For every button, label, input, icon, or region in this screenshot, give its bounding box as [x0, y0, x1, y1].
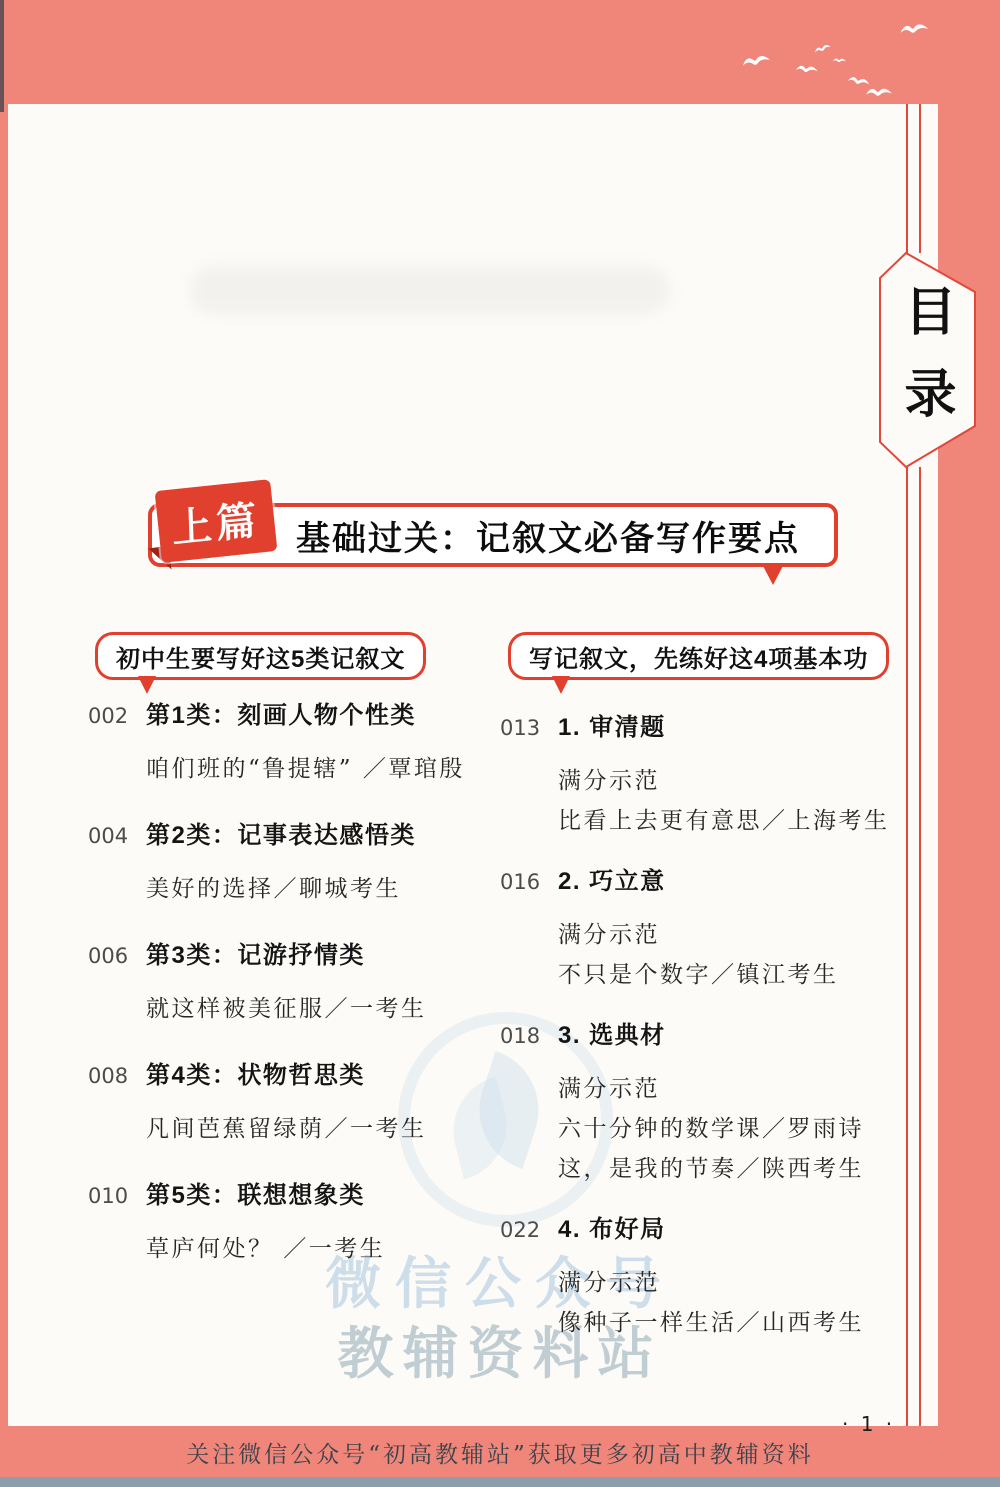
- entry-subtitle: 这，是我的节奏／陕西考生: [558, 1154, 930, 1184]
- left-header-tail: [138, 676, 156, 694]
- entry-subtitle: 比看上去更有意思／上海考生: [558, 806, 930, 836]
- right-rule-line: [906, 104, 908, 253]
- entry-page-number: 006: [88, 944, 146, 968]
- entry-subtitle: 凡间芭蕉留绿荫／一考生: [146, 1114, 468, 1144]
- part-badge: 上篇: [155, 479, 278, 563]
- toc-vertical-title: 目录: [897, 284, 953, 448]
- scan-bottom-strip: [0, 1477, 1000, 1487]
- bird-icon: [795, 61, 818, 76]
- entry-subtitle: 六十分钟的数学课／罗雨诗: [558, 1114, 930, 1144]
- bird-icon: [866, 84, 892, 99]
- footer-note: 关注微信公众号“初高教辅站”获取更多初高中教辅资料: [0, 1436, 1000, 1469]
- entry-subtitle: 满分示范: [558, 1074, 930, 1104]
- toc-left-column: 002 第1类：刻画人物个性类 咱们班的“鲁提辖” ／覃琯殷 004 第2类：记…: [88, 702, 468, 1302]
- left-column-header: 初中生要写好这5类记叙文: [95, 632, 426, 680]
- book-page: 目录 基础过关：记叙文必备写作要点 上篇 初中生要写好这5类记叙文 写记叙文，先…: [0, 0, 1000, 1487]
- toc-entry: 022 4. 布好局 满分示范 像种子一样生活／山西考生: [500, 1216, 930, 1338]
- entry-page-number: 004: [88, 824, 146, 848]
- entry-title: 第1类：刻画人物个性类: [146, 702, 416, 730]
- part-badge-label: 上篇: [171, 488, 261, 554]
- entry-subtitle: 草庐何处？ ／一考生: [146, 1234, 468, 1264]
- entry-title: 2. 巧立意: [558, 868, 666, 896]
- entry-page-number: 022: [500, 1218, 558, 1242]
- entry-title: 1. 审清题: [558, 714, 666, 742]
- entry-page-number: 010: [88, 1184, 146, 1208]
- entry-subtitle: 像种子一样生活／山西考生: [558, 1308, 930, 1338]
- entry-subtitle: 满分示范: [558, 920, 930, 950]
- toc-entry: 002 第1类：刻画人物个性类 咱们班的“鲁提辖” ／覃琯殷: [88, 702, 468, 784]
- right-column-header: 写记叙文，先练好这4项基本功: [508, 632, 889, 680]
- bird-icon: [833, 56, 847, 65]
- toc-entry: 016 2. 巧立意 满分示范 不只是个数字／镇江考生: [500, 868, 930, 990]
- entry-subtitle: 咱们班的“鲁提辖” ／覃琯殷: [146, 754, 468, 784]
- entry-title: 3. 选典材: [558, 1022, 666, 1050]
- entry-title: 第2类：记事表达感悟类: [146, 822, 416, 850]
- banner-tail: [762, 564, 784, 585]
- toc-entry: 006 第3类：记游抒情类 就这样被美征服／一考生: [88, 942, 468, 1024]
- entry-subtitle: 不只是个数字／镇江考生: [558, 960, 930, 990]
- toc-entry: 018 3. 选典材 满分示范 六十分钟的数学课／罗雨诗 这，是我的节奏／陕西考…: [500, 1022, 930, 1184]
- toc-entry: 013 1. 审清题 满分示范 比看上去更有意思／上海考生: [500, 714, 930, 836]
- entry-page-number: 013: [500, 716, 558, 740]
- entry-page-number: 002: [88, 704, 146, 728]
- entry-subtitle: 就这样被美征服／一考生: [146, 994, 468, 1024]
- entry-subtitle: 满分示范: [558, 766, 930, 796]
- right-rule-line: [919, 104, 921, 253]
- toc-right-column: 013 1. 审清题 满分示范 比看上去更有意思／上海考生 016 2. 巧立意…: [500, 714, 930, 1370]
- bird-icon: [741, 50, 771, 71]
- bird-icon: [813, 41, 832, 56]
- entry-page-number: 016: [500, 870, 558, 894]
- toc-entry: 010 第5类：联想想象类 草庐何处？ ／一考生: [88, 1182, 468, 1264]
- page-bleed-smudge: [190, 266, 670, 314]
- entry-subtitle: 满分示范: [558, 1268, 930, 1298]
- part-title: 基础过关：记叙文必备写作要点: [296, 511, 800, 560]
- entry-page-number: 008: [88, 1064, 146, 1088]
- scan-edge-artifact: [0, 0, 4, 112]
- entry-title: 4. 布好局: [558, 1216, 666, 1244]
- page-number: · 1 ·: [842, 1412, 895, 1436]
- entry-title: 第5类：联想想象类: [146, 1182, 365, 1210]
- toc-entry: 004 第2类：记事表达感悟类 美好的选择／聊城考生: [88, 822, 468, 904]
- toc-entry: 008 第4类：状物哲思类 凡间芭蕉留绿荫／一考生: [88, 1062, 468, 1144]
- entry-subtitle: 美好的选择／聊城考生: [146, 874, 468, 904]
- bird-icon: [899, 19, 929, 38]
- right-header-tail: [552, 676, 570, 694]
- entry-page-number: 018: [500, 1024, 558, 1048]
- entry-title: 第3类：记游抒情类: [146, 942, 365, 970]
- entry-title: 第4类：状物哲思类: [146, 1062, 365, 1090]
